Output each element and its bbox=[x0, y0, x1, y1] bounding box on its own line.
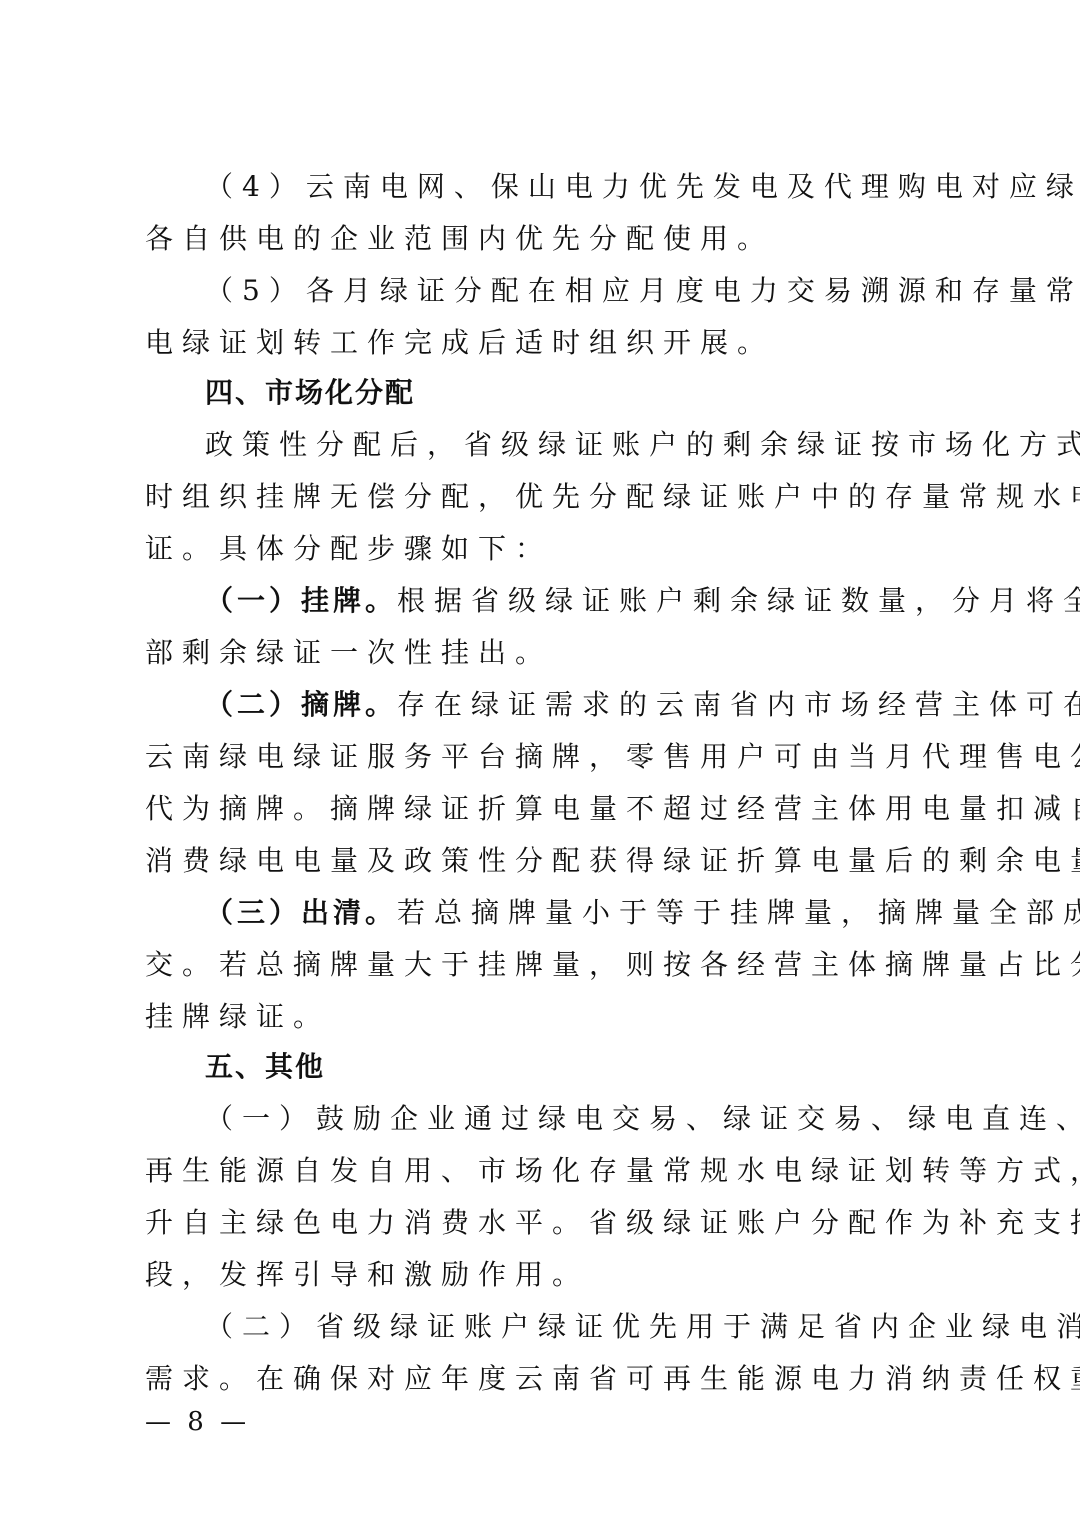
section4-item2-line-4: 消费绿电电量及政策性分配获得绿证折算电量后的剩余电量。 bbox=[145, 835, 940, 887]
paragraph-4-line-2: 各自供电的企业范围内优先分配使用。 bbox=[145, 213, 940, 265]
section5-item2-line-1: （二）省级绿证账户绿证优先用于满足省内企业绿电消费 bbox=[205, 1301, 940, 1353]
section4-intro-line-1: 政策性分配后，省级绿证账户的剩余绿证按市场化方式适 bbox=[205, 419, 940, 471]
item-label-clearing: （三）出清。 bbox=[205, 896, 397, 929]
section4-item3-line-3: 挂牌绿证。 bbox=[145, 991, 940, 1043]
page-number: — 8 — bbox=[145, 1398, 250, 1446]
section5-item1-line-4: 段，发挥引导和激励作用。 bbox=[145, 1249, 940, 1301]
item-text: 存在绿证需求的云南省内市场经营主体可在 bbox=[397, 688, 1080, 721]
section5-item2-line-2: 需求。在确保对应年度云南省可再生能源电力消纳责任权重(包 bbox=[145, 1353, 940, 1405]
section5-item1-line-2: 再生能源自发自用、市场化存量常规水电绿证划转等方式，提 bbox=[145, 1145, 940, 1197]
document-page: （4）云南电网、保山电力优先发电及代理购电对应绿证在 各自供电的企业范围内优先分… bbox=[0, 0, 1080, 1527]
paragraph-5-line-1: （5）各月绿证分配在相应月度电力交易溯源和存量常规水 bbox=[205, 265, 940, 317]
item-text: 若总摘牌量小于等于挂牌量，摘牌量全部成 bbox=[397, 896, 1080, 929]
paragraph-4-line-1: （4）云南电网、保山电力优先发电及代理购电对应绿证在 bbox=[205, 161, 940, 213]
section4-item2-line-3: 代为摘牌。摘牌绿证折算电量不超过经营主体用电量扣减自主 bbox=[145, 783, 940, 835]
section4-item3-line-2: 交。若总摘牌量大于挂牌量，则按各经营主体摘牌量占比分配 bbox=[145, 939, 940, 991]
section4-intro-line-3: 证。具体分配步骤如下： bbox=[145, 523, 940, 575]
section-heading-other: 五、其他 bbox=[205, 1041, 940, 1093]
section4-intro-line-2: 时组织挂牌无偿分配，优先分配绿证账户中的存量常规水电绿 bbox=[145, 471, 940, 523]
section4-item2-line-2: 云南绿电绿证服务平台摘牌，零售用户可由当月代理售电公司 bbox=[145, 731, 940, 783]
section4-item3-line-1: （三）出清。若总摘牌量小于等于挂牌量，摘牌量全部成 bbox=[205, 887, 940, 939]
section4-item1-line-1: （一）挂牌。根据省级绿证账户剩余绿证数量，分月将全 bbox=[205, 575, 940, 627]
item-label-listing: （一）挂牌。 bbox=[205, 584, 397, 617]
section-heading-market-allocation: 四、市场化分配 bbox=[205, 367, 940, 419]
section4-item1-line-2: 部剩余绿证一次性挂出。 bbox=[145, 627, 940, 679]
section4-item2-line-1: （二）摘牌。存在绿证需求的云南省内市场经营主体可在 bbox=[205, 679, 940, 731]
section5-item1-line-3: 升自主绿色电力消费水平。省级绿证账户分配作为补充支持手 bbox=[145, 1197, 940, 1249]
item-label-delisting: （二）摘牌。 bbox=[205, 688, 397, 721]
section5-item1-line-1: （一）鼓励企业通过绿电交易、绿证交易、绿电直连、可 bbox=[205, 1093, 940, 1145]
paragraph-5-line-2: 电绿证划转工作完成后适时组织开展。 bbox=[145, 317, 940, 369]
item-text: 根据省级绿证账户剩余绿证数量，分月将全 bbox=[397, 584, 1080, 617]
